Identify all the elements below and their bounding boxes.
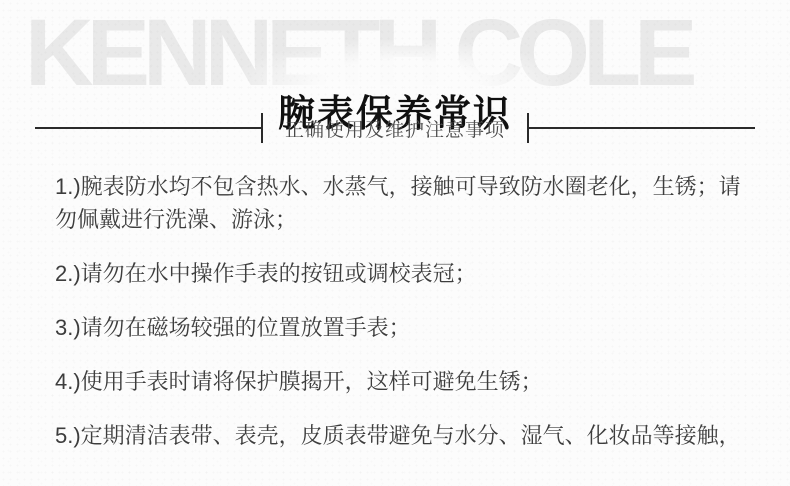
divider-line-right (529, 127, 755, 129)
care-item-5: 5.)定期清洁表带、表壳，皮质表带避免与水分、湿气、化妆品等接触， (55, 419, 755, 452)
watch-care-page: KENNETH COLE 腕表保养常识 正确使用及维护注意事项 1.)腕表防水均… (0, 0, 790, 486)
subtitle-text: 正确使用及维护注意事项 (263, 115, 527, 142)
divider-line-left (35, 127, 261, 129)
subtitle-divider: 正确使用及维护注意事项 (35, 113, 755, 143)
care-item-2: 2.)请勿在水中操作手表的按钮或调校表冠； (55, 257, 755, 290)
care-instructions-list: 1.)腕表防水均不包含热水、水蒸气，接触可导致防水圈老化，生锈；请 勿佩戴进行洗… (55, 170, 755, 473)
care-item-3: 3.)请勿在磁场较强的位置放置手表； (55, 311, 755, 344)
care-item-1: 1.)腕表防水均不包含热水、水蒸气，接触可导致防水圈老化，生锈；请 勿佩戴进行洗… (55, 170, 755, 236)
care-item-4: 4.)使用手表时请将保护膜揭开，这样可避免生锈； (55, 365, 755, 398)
